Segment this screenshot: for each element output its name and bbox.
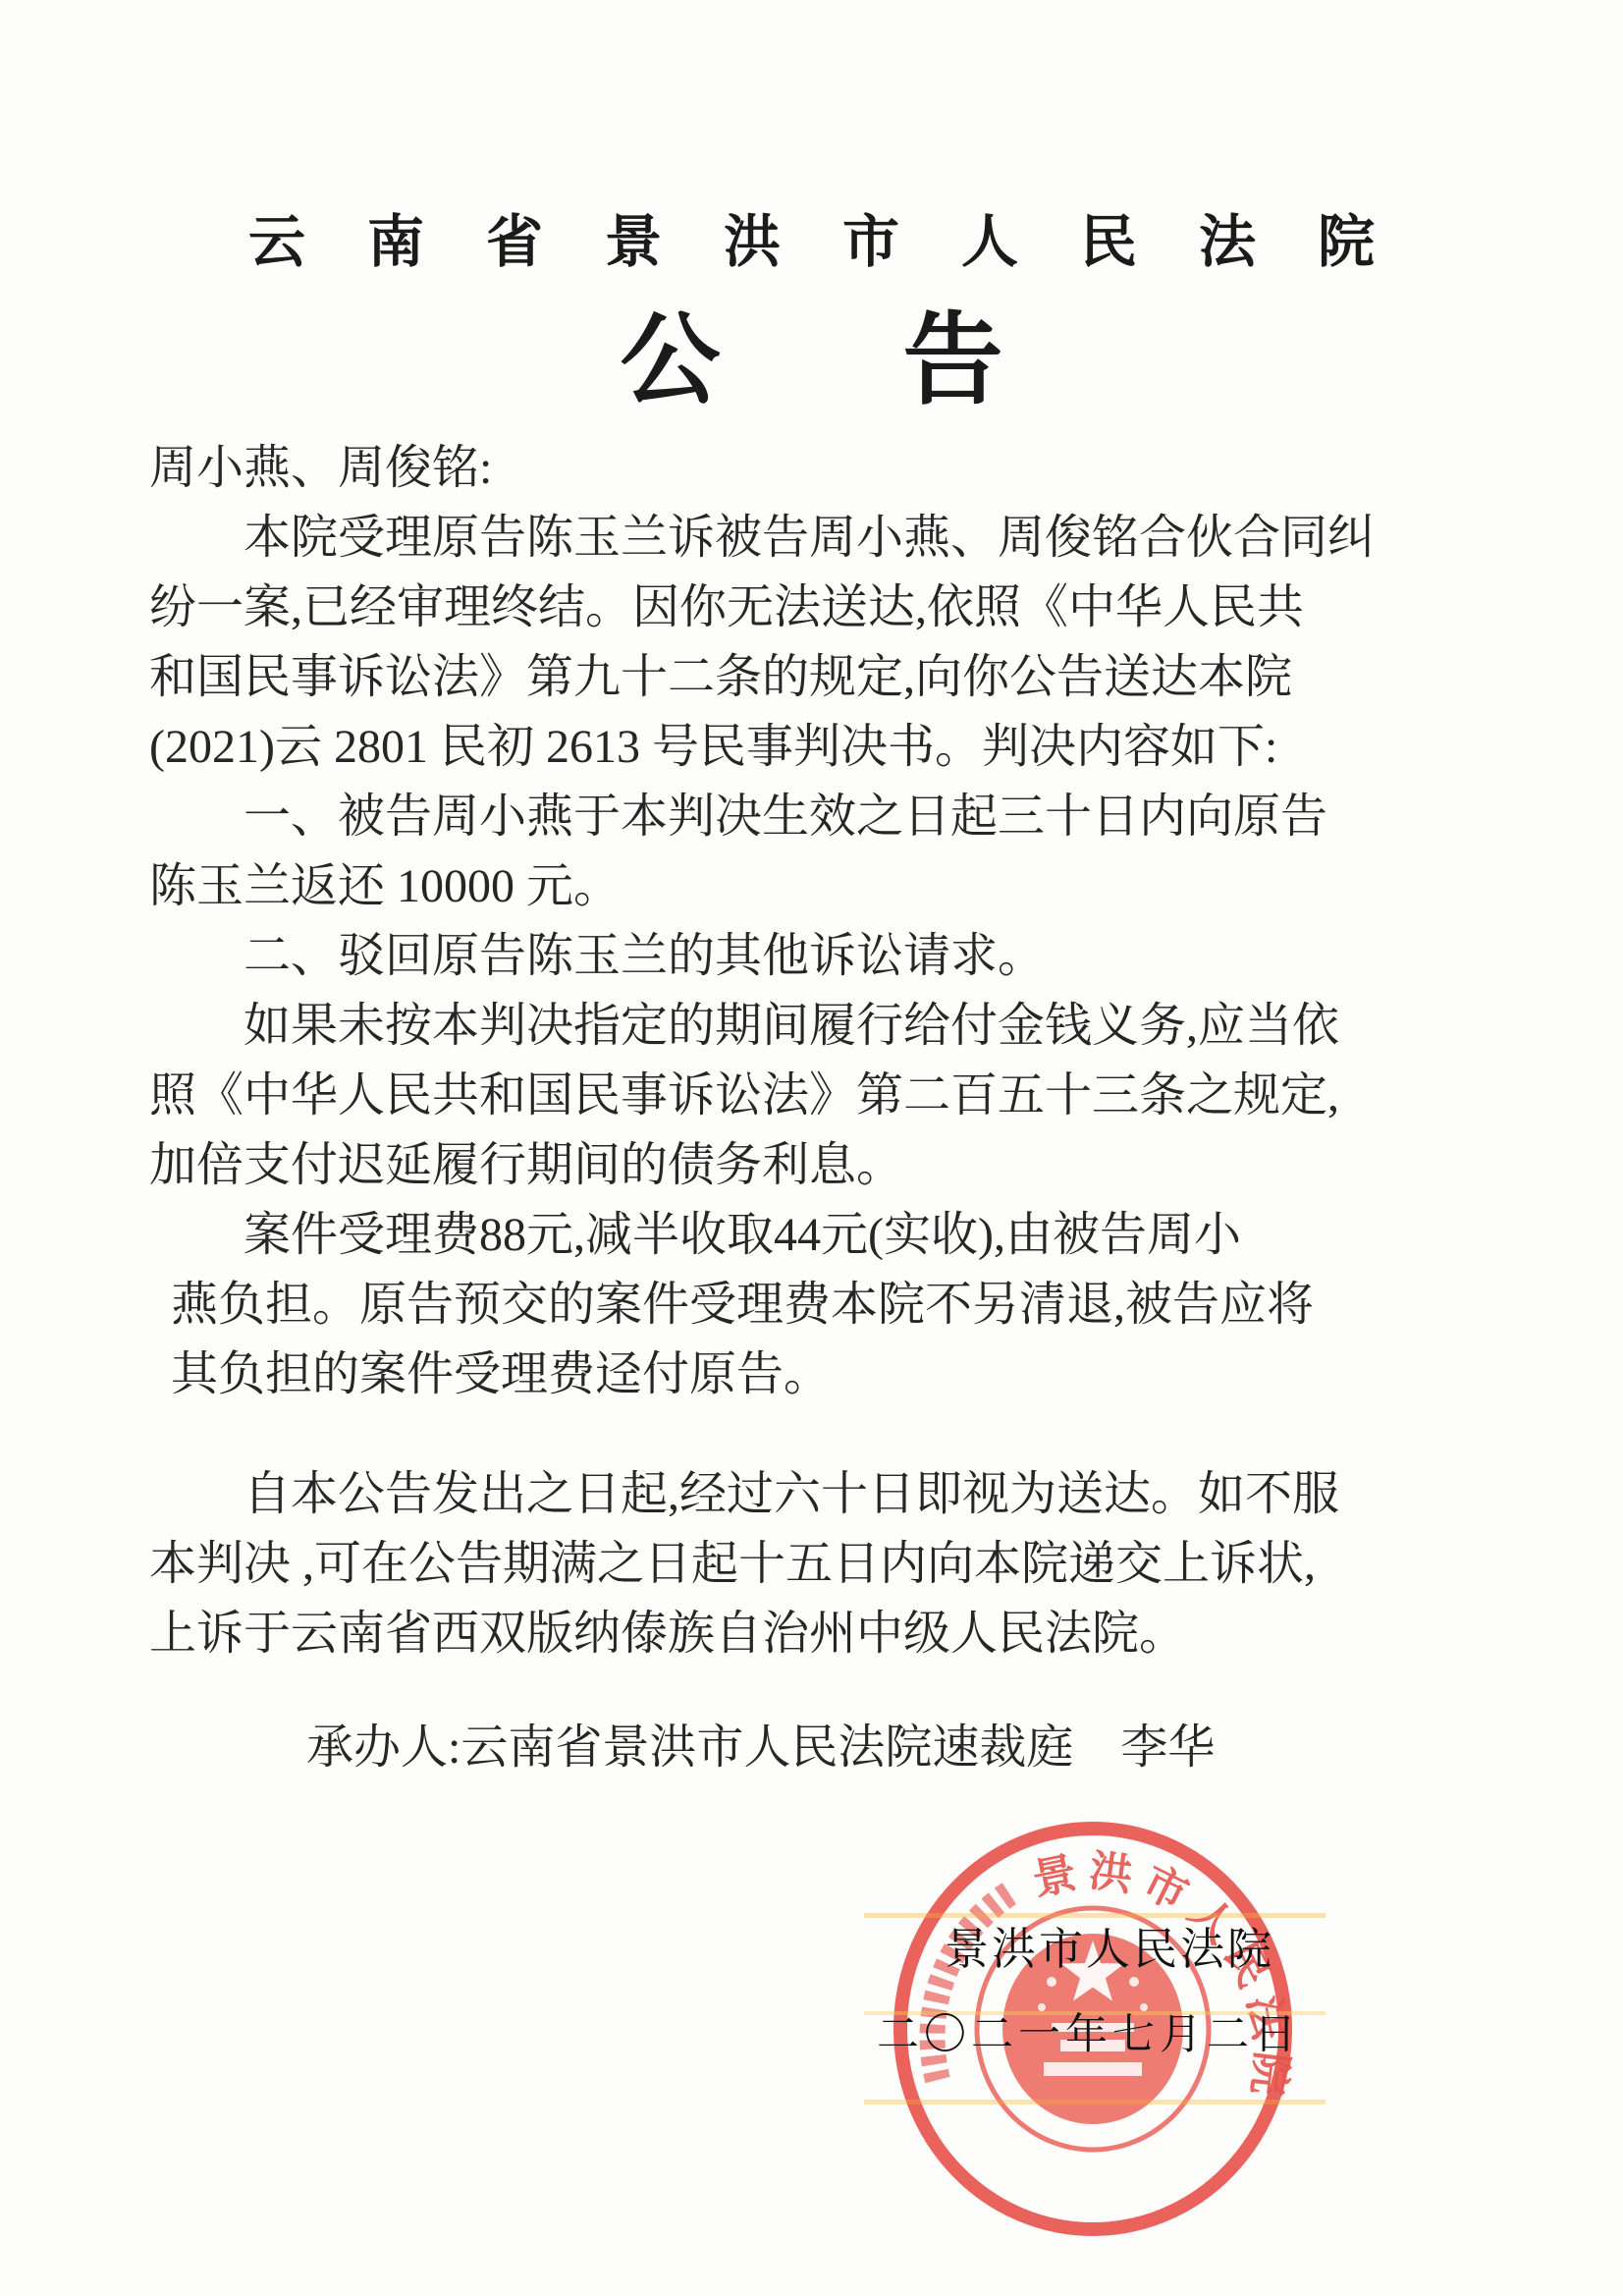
closing-line: 上诉于云南省西双版纳傣族自治州中级人民法院。 — [149, 1599, 1386, 1668]
seal-date: 二〇二一年七月二日 — [877, 2001, 1301, 2061]
body-line: 一、被告周小燕于本判决生效之日起三十日内向原告 — [149, 782, 1386, 851]
addressee-line: 周小燕、周俊铭: — [149, 433, 1386, 503]
seal-court-name: 景洪市人民法院 — [945, 1913, 1274, 1977]
closing-line: 本判决 ,可在公告期满之日起十五日内向本院递交上诉状, — [149, 1529, 1386, 1599]
body-line: 照《中华人民共和国民事诉讼法》第二百五十三条之规定, — [149, 1061, 1386, 1130]
announcement-body: 周小燕、周俊铭: 本院受理原告陈玉兰诉被告周小燕、周俊铭合伙合同纠 纷一案,已经… — [149, 433, 1386, 1409]
doc-type-title: 公告 — [0, 302, 1623, 418]
closing-line: 自本公告发出之日起,经过六十日即视为送达。如不服 — [149, 1459, 1386, 1529]
body-line: 燕负担。原告预交的案件受理费本院不另清退,被告应将 — [149, 1270, 1386, 1339]
body-line: 案件受理费88元,减半收取44元(实收),由被告周小 — [149, 1200, 1386, 1270]
announcement-closing: 自本公告发出之日起,经过六十日即视为送达。如不服 本判决 ,可在公告期满之日起十… — [149, 1459, 1386, 1668]
body-line: 和国民事诉讼法》第九十二条的规定,向你公告送达本院 — [149, 642, 1386, 712]
scanned-court-announcement: 云南省景洪市人民法院 公告 周小燕、周俊铭: 本院受理原告陈玉兰诉被告周小燕、周… — [0, 0, 1623, 2296]
body-line: 本院受理原告陈玉兰诉被告周小燕、周俊铭合伙合同纠 — [149, 503, 1386, 573]
body-line: (2021)云 2801 民初 2613 号民事判决书。判决内容如下: — [149, 712, 1386, 782]
court-title: 云南省景洪市人民法院 — [0, 208, 1623, 277]
body-line: 其负担的案件受理费迳付原告。 — [149, 1339, 1386, 1409]
body-line: 如果未按本判决指定的期间履行给付金钱义务,应当依 — [149, 991, 1386, 1061]
body-line: 二、驳回原告陈玉兰的其他诉讼请求。 — [149, 921, 1386, 991]
handler-name: 李华 — [1120, 1722, 1215, 1774]
handler-line: 承办人:云南省景洪市人民法院速裁庭李华 — [149, 1713, 1386, 1782]
handler-label: 承办人:云南省景洪市人民法院速裁庭 — [306, 1722, 1073, 1774]
body-line: 加倍支付迟延履行期间的债务利息。 — [149, 1130, 1386, 1200]
body-line: 纷一案,已经审理终结。因你无法送达,依照《中华人民共 — [149, 573, 1386, 642]
body-line: 陈玉兰返还 10000 元。 — [149, 851, 1386, 921]
